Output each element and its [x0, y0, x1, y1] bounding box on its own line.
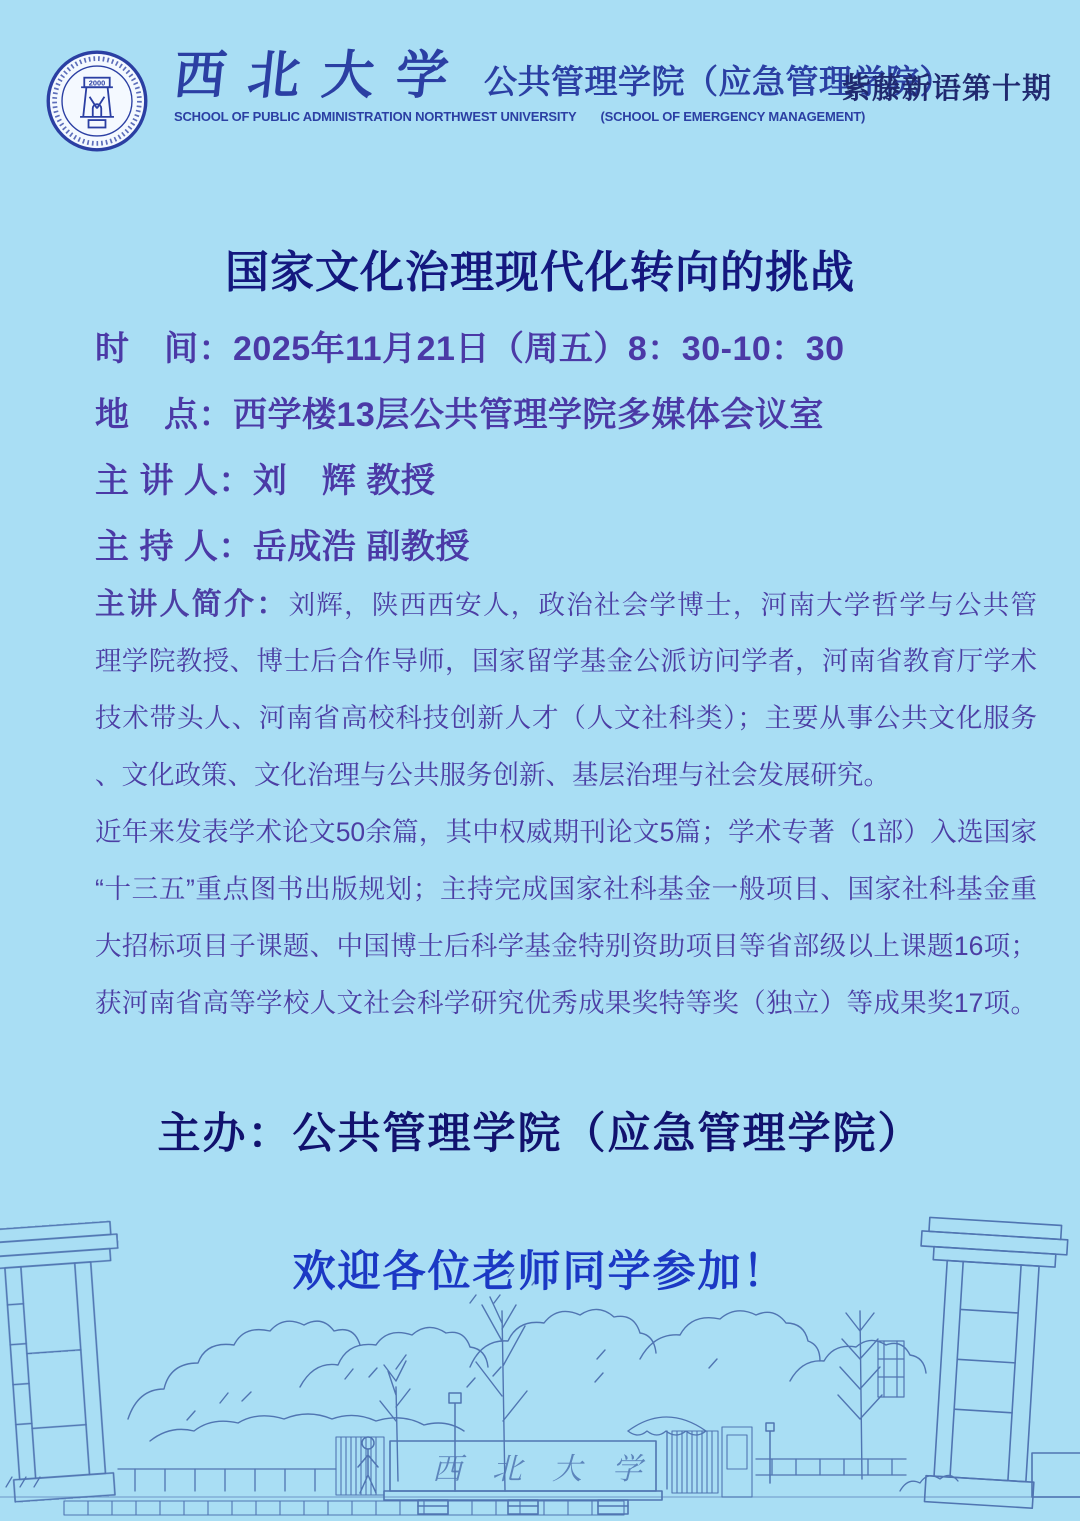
right-low-wall [1032, 1453, 1080, 1497]
bio-line: “十三五”重点图书出版规划；主持完成国家社科基金一般项目、国家社科基金重 [95, 861, 1037, 918]
header: 2000 西北大学 公共管理学院（应急管理学院） SCHOOL OF PUBLI… [42, 44, 1052, 159]
detail-label-speaker: 主 讲 人： [95, 453, 253, 502]
school-name-en-main: SCHOOL OF PUBLIC ADMINISTRATION NORTHWES… [174, 109, 576, 124]
school-name-block: 西北大学 公共管理学院（应急管理学院） SCHOOL OF PUBLIC ADM… [174, 50, 953, 124]
right-shutter-and-booth [672, 1427, 752, 1497]
detail-value-speaker: 刘 辉 教授 [253, 453, 435, 502]
detail-value-host: 岳成浩 副教授 [253, 519, 470, 568]
detail-row-time: 时 间：2025年11月21日（周五）8：30-10：30 [95, 312, 845, 378]
detail-label-host: 主 持 人： [95, 519, 253, 568]
bio-text: 刘辉，陕西西安人，政治社会学博士，河南大学哲学与公共管 [289, 590, 1037, 620]
background-structure [878, 1341, 904, 1397]
bio-line: 近年来发表学术论文50余篇，其中权威期刊论文5篇；学术专著（1部）入选国家 [95, 804, 1037, 861]
school-name-en-paren: (SCHOOL OF EMERGENCY MANAGEMENT) [600, 109, 865, 124]
detail-value-location: 西学楼13层公共管理学院多媒体会议室 [233, 387, 824, 436]
detail-label-location: 地 点： [95, 387, 233, 436]
bio-line: 主讲人简介：刘辉，陕西西安人，政治社会学博士，河南大学哲学与公共管 [95, 576, 1037, 633]
bio-line: 获河南省高等学校人文社会科学研究优秀成果奖特等奖（独立）等成果奖17项。 [95, 975, 1037, 1032]
welcome-line: 欢迎各位老师同学参加！ [0, 1238, 1080, 1299]
curb-strip [64, 1501, 624, 1515]
lecture-title: 国家文化治理现代化转向的挑战 [0, 236, 1080, 300]
bio-line: 大招标项目子课题、中国博士后科学基金特别资助项目等省部级以上课题16项； [95, 918, 1037, 975]
school-name-cn-line: 西北大学 公共管理学院（应急管理学院） [174, 50, 953, 102]
detail-row-speaker: 主 讲 人：刘 辉 教授 [95, 444, 845, 510]
issue-badge: 紫藤新语第十期 [842, 66, 1052, 107]
bio-line: 理学院教授、博士后合作导师，国家留学基金公派访问学者，河南省教育厅学术 [95, 633, 1037, 690]
school-name-en: SCHOOL OF PUBLIC ADMINISTRATION NORTHWES… [174, 109, 953, 124]
seal-year: 2000 [89, 79, 105, 88]
detail-value-time: 2025年11月21日（周五）8：30-10：30 [233, 321, 845, 370]
university-seal-icon: 2000 [44, 48, 150, 154]
left-railing [6, 1469, 336, 1491]
lecture-details: 时 间：2025年11月21日（周五）8：30-10：30 地 点：西学楼13层… [95, 312, 845, 576]
university-name-calligraphy: 西北大学 [171, 50, 472, 102]
detail-row-host: 主 持 人：岳成浩 副教授 [95, 510, 845, 576]
detail-row-location: 地 点：西学楼13层公共管理学院多媒体会议室 [95, 378, 845, 444]
detail-label-time: 时 间： [95, 321, 233, 370]
tree-foliage [128, 1309, 926, 1441]
speaker-bio: 主讲人简介：刘辉，陕西西安人，政治社会学博士，河南大学哲学与公共管 理学院教授、… [95, 576, 1037, 1032]
bio-label: 主讲人简介： [95, 588, 289, 621]
gate-banner-text: 西北大学 [432, 1453, 672, 1486]
organizer-line: 主办：公共管理学院（应急管理学院） [0, 1100, 1080, 1161]
bio-line: 、文化政策、文化治理与公共服务创新、基层治理与社会发展研究。 [95, 747, 1037, 804]
lecture-poster: 2000 西北大学 公共管理学院（应急管理学院） SCHOOL OF PUBLI… [0, 0, 1080, 1521]
bio-line: 技术带头人、河南省高校科技创新人才（人文社科类）；主要从事公共文化服务 [95, 690, 1037, 747]
